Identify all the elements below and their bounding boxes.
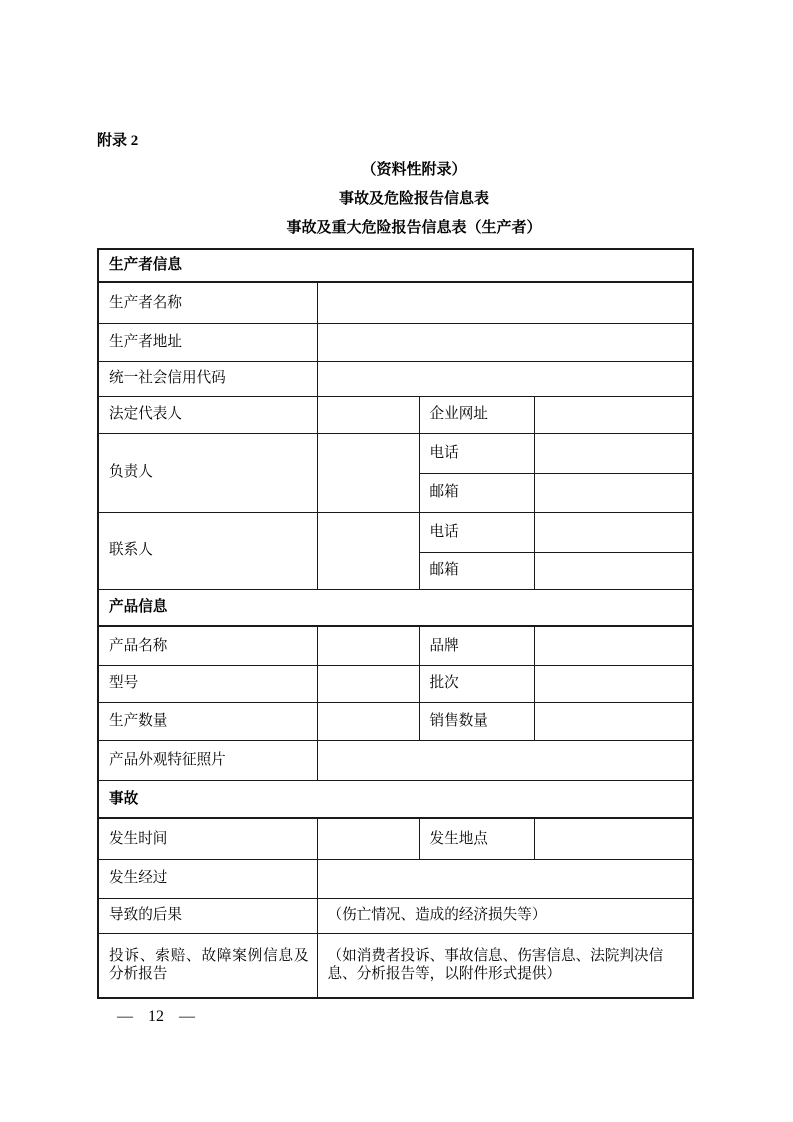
manager-label: 负责人 bbox=[98, 433, 317, 512]
table-caption: 事故及重大危险报告信息表（生产者） bbox=[97, 214, 731, 243]
model-label: 型号 bbox=[98, 665, 317, 702]
production-qty-value-cell bbox=[317, 702, 419, 740]
table-row: 生产者名称 bbox=[98, 282, 693, 323]
appendix-label: 附录 2 bbox=[97, 129, 138, 150]
accident-time-label: 发生时间 bbox=[98, 818, 317, 859]
accident-time-value-cell bbox=[317, 818, 419, 859]
table-row: 负责人 电话 bbox=[98, 433, 693, 473]
table-row: 发生时间 发生地点 bbox=[98, 818, 693, 859]
table-row: 产品名称 品牌 bbox=[98, 626, 693, 665]
table-row: 生产者信息 bbox=[98, 249, 693, 282]
table-row: 发生经过 bbox=[98, 859, 693, 898]
contact-phone-value-cell bbox=[534, 512, 693, 552]
photo-value-cell bbox=[317, 740, 693, 780]
table-row: 统一社会信用代码 bbox=[98, 361, 693, 396]
model-value-cell bbox=[317, 665, 419, 702]
section-header-producer-info: 生产者信息 bbox=[98, 249, 693, 282]
manager-email-value-cell bbox=[534, 473, 693, 512]
production-qty-label: 生产数量 bbox=[98, 702, 317, 740]
product-name-value-cell bbox=[317, 626, 419, 665]
website-value-cell bbox=[534, 396, 693, 433]
accident-course-value-cell bbox=[317, 859, 693, 898]
producer-name-value-cell bbox=[317, 282, 693, 323]
contact-email-value-cell bbox=[534, 552, 693, 589]
website-label: 企业网址 bbox=[419, 396, 534, 433]
accident-course-label: 发生经过 bbox=[98, 859, 317, 898]
table-row: 产品外观特征照片 bbox=[98, 740, 693, 780]
table-row: 型号 批次 bbox=[98, 665, 693, 702]
contact-label: 联系人 bbox=[98, 512, 317, 589]
producer-name-label: 生产者名称 bbox=[98, 282, 317, 323]
form-title: 事故及危险报告信息表 bbox=[97, 185, 731, 214]
legal-rep-value-cell bbox=[317, 396, 419, 433]
section-header-accident: 事故 bbox=[98, 780, 693, 818]
manager-value-cell bbox=[317, 433, 419, 512]
manager-phone-value-cell bbox=[534, 433, 693, 473]
contact-value-cell bbox=[317, 512, 419, 589]
table-row: 生产数量 销售数量 bbox=[98, 702, 693, 740]
table-row: 事故 bbox=[98, 780, 693, 818]
producer-address-value-cell bbox=[317, 323, 693, 361]
table-row: 法定代表人 企业网址 bbox=[98, 396, 693, 433]
appendix-type-line: （资料性附录） bbox=[97, 156, 731, 185]
title-block: （资料性附录） 事故及危险报告信息表 事故及重大危险报告信息表（生产者） bbox=[97, 156, 731, 243]
contact-phone-label: 电话 bbox=[419, 512, 534, 552]
table-row: 产品信息 bbox=[98, 589, 693, 626]
manager-phone-label: 电话 bbox=[419, 433, 534, 473]
section-header-product-info: 产品信息 bbox=[98, 589, 693, 626]
table-row: 联系人 电话 bbox=[98, 512, 693, 552]
brand-value-cell bbox=[534, 626, 693, 665]
complaint-hint: （如消费者投诉、事故信息、伤害信息、法院判决信息、分析报告等，以附件形式提供） bbox=[317, 933, 693, 998]
photo-label: 产品外观特征照片 bbox=[98, 740, 317, 780]
credit-code-label: 统一社会信用代码 bbox=[98, 361, 317, 396]
batch-label: 批次 bbox=[419, 665, 534, 702]
accident-location-value-cell bbox=[534, 818, 693, 859]
sales-qty-label: 销售数量 bbox=[419, 702, 534, 740]
report-form-table: 生产者信息 生产者名称 生产者地址 统一社会信用代码 法定代表人 企业网址 负责… bbox=[97, 248, 694, 999]
contact-email-label: 邮箱 bbox=[419, 552, 534, 589]
sales-qty-value-cell bbox=[534, 702, 693, 740]
document-page: 附录 2 （资料性附录） 事故及危险报告信息表 事故及重大危险报告信息表（生产者… bbox=[0, 0, 793, 1122]
producer-address-label: 生产者地址 bbox=[98, 323, 317, 361]
legal-rep-label: 法定代表人 bbox=[98, 396, 317, 433]
table-row: 导致的后果 （伤亡情况、造成的经济损失等） bbox=[98, 898, 693, 933]
brand-label: 品牌 bbox=[419, 626, 534, 665]
consequence-hint: （伤亡情况、造成的经济损失等） bbox=[317, 898, 693, 933]
table-row: 生产者地址 bbox=[98, 323, 693, 361]
complaint-label: 投诉、索赔、故障案例信息及分析报告 bbox=[98, 933, 317, 998]
table-row: 投诉、索赔、故障案例信息及分析报告 （如消费者投诉、事故信息、伤害信息、法院判决… bbox=[98, 933, 693, 998]
credit-code-value-cell bbox=[317, 361, 693, 396]
product-name-label: 产品名称 bbox=[98, 626, 317, 665]
batch-value-cell bbox=[534, 665, 693, 702]
accident-location-label: 发生地点 bbox=[419, 818, 534, 859]
page-number: — 12 — bbox=[117, 1008, 195, 1026]
consequence-label: 导致的后果 bbox=[98, 898, 317, 933]
manager-email-label: 邮箱 bbox=[419, 473, 534, 512]
